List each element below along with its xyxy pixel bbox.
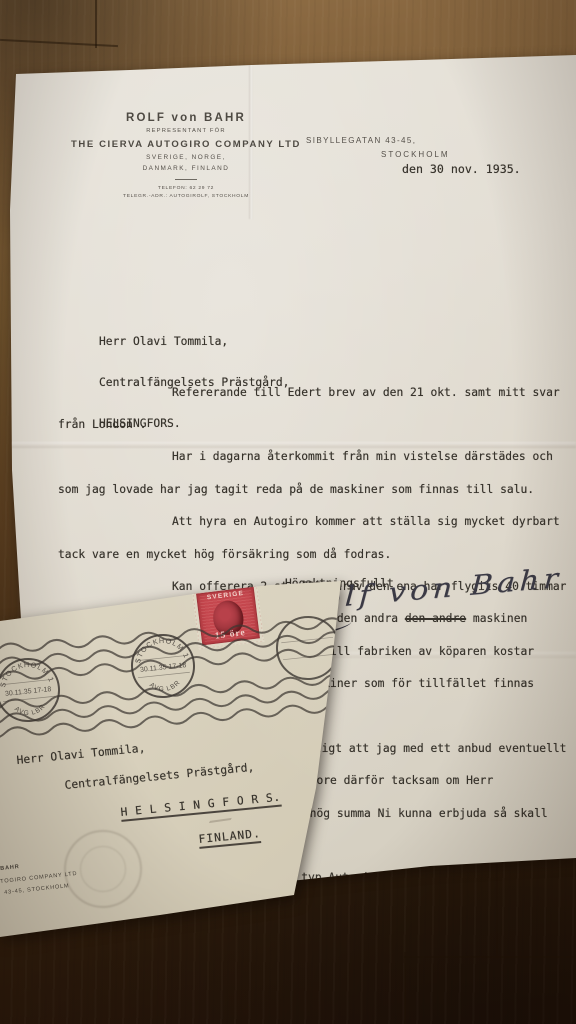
svg-text:STOCKHOLM 1: STOCKHOLM 1 (131, 633, 192, 665)
envelope-recipient-street: Centralfängelsets Prästgård, (64, 761, 255, 792)
envelope-sender-address: 43-45, STOCKHOLM (4, 883, 70, 896)
envelope: SVERIGE 15 öre (0, 0, 576, 1024)
photo-scene: ROLF von BAHR REPRESENTANT FÖR THE CIERV… (0, 0, 576, 1024)
envelope-recipient-city: H E L S I N G F O R S. (120, 791, 281, 822)
arrival-postmark-inner (78, 844, 129, 895)
postmark-circle-partial (274, 614, 342, 682)
arrival-postmark (60, 826, 146, 912)
postmark-town: STOCKHOLM 1 (131, 633, 192, 665)
postmark-date: 30.11.35 17-18 (140, 662, 187, 674)
envelope-shadow: SVERIGE 15 öre (0, 0, 576, 1024)
machine-cancellation: STOCKHOLM 1 30.11.35 17-18 AVG LBR STOCK… (0, 570, 385, 760)
postmark-date: 30.11.35 17-18 (5, 686, 52, 698)
envelope-sender-name: BAHR (0, 864, 20, 872)
